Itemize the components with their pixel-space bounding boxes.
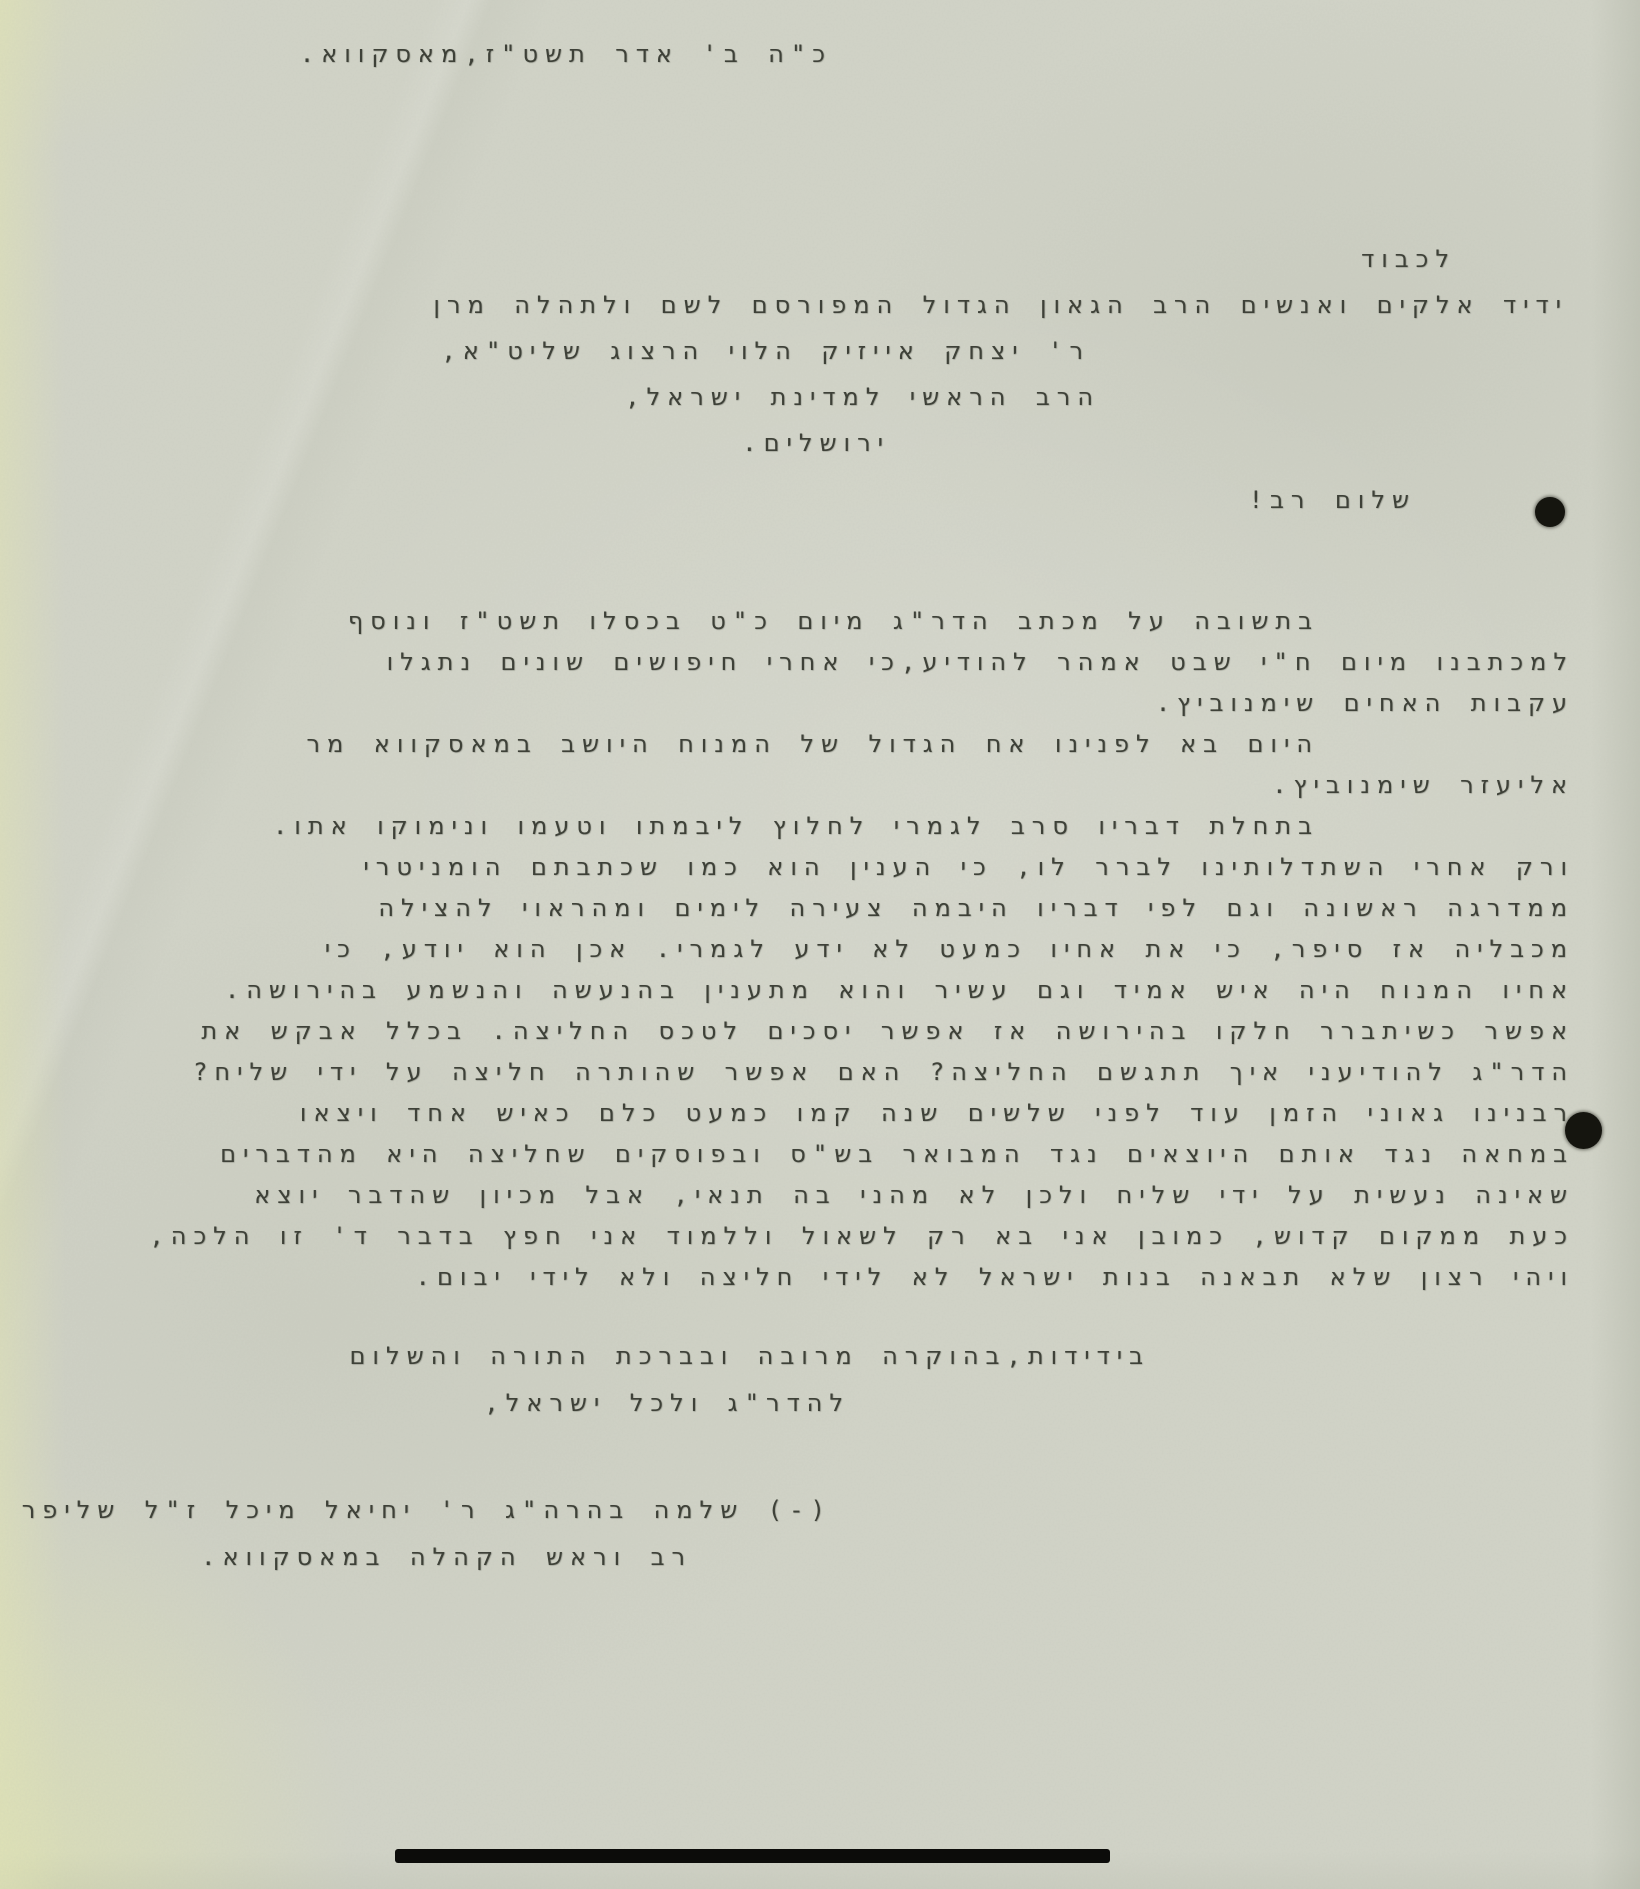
body-line: אחיו המנוח היה איש אמיד וגם עשיר והוא מת… xyxy=(60,970,1574,1011)
body-line: ורק אחרי השתדלותינו לברר לו, כי הענין הו… xyxy=(60,847,1574,888)
greeting-line: שלום רב! xyxy=(1249,486,1416,514)
body-line: ויהי רצון שלא תבאנה בנות ישראל לא לידי ח… xyxy=(60,1257,1574,1298)
body-line: הדר"ג להודיעני איך תתגשם החליצה? האם אפש… xyxy=(60,1052,1574,1093)
scanned-letter-page: כ"ה ב' אדר תשט"ז,מאסקווא. לכבודידיד אלקי… xyxy=(0,0,1640,1889)
body-line: היום בא לפנינו אח הגדול של המנוח היושב ב… xyxy=(60,724,1574,765)
signature-block: (-) שלמה בהרה"ג ר' יחיאל מיכל ז"ל שליפרר… xyxy=(22,1487,832,1581)
address-line: לכבוד xyxy=(433,236,1456,282)
body-line: שאינה נעשית על ידי שליח ולכן לא מהני בה … xyxy=(60,1175,1574,1216)
body-line: במחאה נגד אותם היוצאים נגד המבואר בש"ס ו… xyxy=(60,1134,1574,1175)
body-line: אליעזר שימנוביץ. xyxy=(60,765,1574,806)
letter-content: כ"ה ב' אדר תשט"ז,מאסקווא. לכבודידיד אלקי… xyxy=(0,0,1640,1889)
hole-punch-mark-bottom xyxy=(1565,1112,1602,1149)
recipient-address-block: לכבודידיד אלקים ואנשים הרב הגאון הגדול ה… xyxy=(433,236,1568,466)
signature-line: (-) שלמה בהרה"ג ר' יחיאל מיכל ז"ל שליפר xyxy=(22,1487,832,1534)
address-line: ירושלים. xyxy=(433,420,890,466)
body-line: מכבליה אז סיפר, כי את אחיו כמעט לא ידע ל… xyxy=(60,929,1574,970)
address-line: הרב הראשי למדינת ישראל, xyxy=(433,374,1100,420)
body-line: כעת ממקום קדוש, כמובן אני בא רק לשאול ול… xyxy=(60,1216,1574,1257)
hole-punch-mark-top xyxy=(1535,497,1565,527)
letter-date: כ"ה ב' אדר תשט"ז,מאסקווא. xyxy=(300,40,832,68)
body-line: ממדרגה ראשונה וגם לפי דבריו היבמה צעירה … xyxy=(60,888,1574,929)
bottom-black-bar xyxy=(395,1849,1110,1863)
signature-line: רב וראש הקהלה במאסקווא. xyxy=(22,1534,692,1581)
body-line: בתשובה על מכתב הדר"ג מיום כ"ט בכסלו תשט"… xyxy=(60,601,1574,642)
closing-line: בידידות,בהוקרה מרובה ובברכת התורה והשלום xyxy=(349,1333,1150,1380)
closing-line: להדר"ג ולכל ישראל, xyxy=(349,1380,850,1427)
body-line: רבנינו גאוני הזמן עוד לפני שלשים שנה קמו… xyxy=(60,1093,1574,1134)
body-line: עקבות האחים שימנוביץ. xyxy=(60,683,1574,724)
letter-body: בתשובה על מכתב הדר"ג מיום כ"ט בכסלו תשט"… xyxy=(60,601,1574,1298)
address-line: ידיד אלקים ואנשים הרב הגאון הגדול המפורס… xyxy=(433,282,1568,328)
body-line: בתחלת דבריו סרב לגמרי לחלוץ ליבמתו וטעמו… xyxy=(60,806,1574,847)
address-line: ר' יצחק אייזיק הלוי הרצוג שליט"א, xyxy=(433,328,1090,374)
closing-block: בידידות,בהוקרה מרובה ובברכת התורה והשלום… xyxy=(349,1333,1150,1427)
body-line: אפשר כשיתברר חלקו בהירושה אז אפשר יסכים … xyxy=(60,1011,1574,1052)
body-line: למכתבנו מיום ח"י שבט אמהר להודיע,כי אחרי… xyxy=(60,642,1574,683)
